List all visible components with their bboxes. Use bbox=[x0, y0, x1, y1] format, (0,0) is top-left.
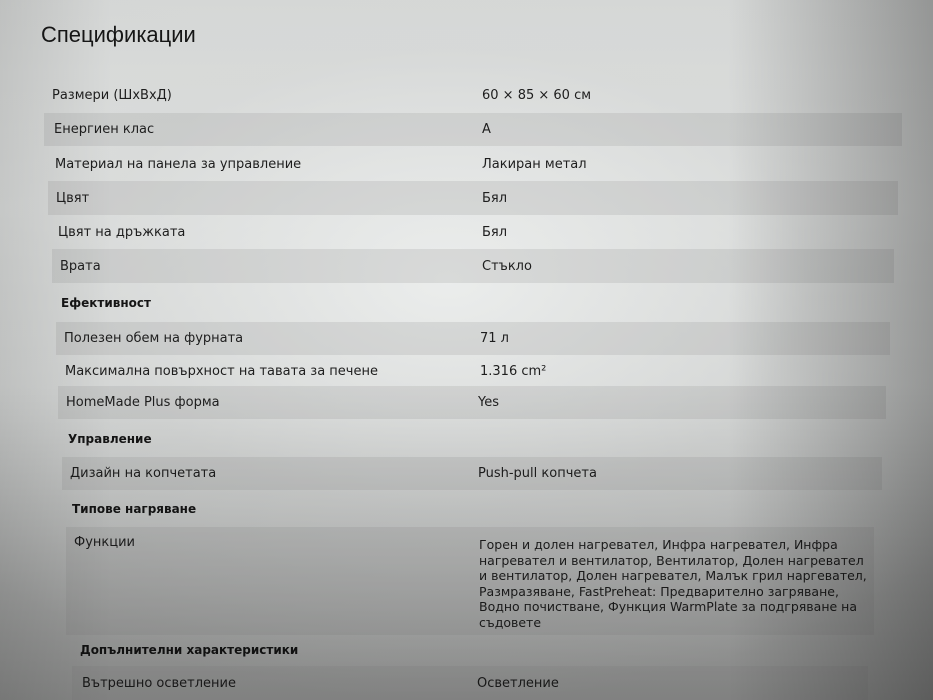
spec-row-energy-class: Енергиен клас A bbox=[44, 113, 902, 146]
spec-value: Бял bbox=[482, 225, 507, 240]
spec-label: Вътрешно осветление bbox=[82, 676, 236, 691]
section-heading-efficiency: Ефективност bbox=[61, 296, 151, 310]
spec-row-knob-design: Дизайн на копчетата Push-pull копчета bbox=[62, 457, 882, 490]
spec-label: HomeMade Plus форма bbox=[66, 395, 220, 410]
spec-row-homemade-plus: HomeMade Plus форма Yes bbox=[58, 386, 886, 419]
spec-value: 60 × 85 × 60 см bbox=[482, 88, 591, 103]
spec-value: Лакиран метал bbox=[482, 157, 587, 172]
page-title: Спецификации bbox=[41, 22, 196, 48]
spec-row-color: Цвят Бял bbox=[48, 181, 898, 215]
section-heading-control: Управление bbox=[68, 432, 152, 446]
spec-row-interior-lighting: Вътрешно осветление Осветление bbox=[72, 666, 868, 700]
spec-value: Осветление bbox=[477, 676, 559, 691]
spec-row-door: Врата Стъкло bbox=[52, 249, 894, 283]
spec-row-handle-color: Цвят на дръжката Бял bbox=[50, 216, 896, 249]
spec-row-panel-material: Материал на панела за управление Лакиран… bbox=[46, 148, 900, 180]
spec-label: Функции bbox=[74, 535, 135, 550]
spec-value: Yes bbox=[478, 395, 499, 410]
section-heading-heating-types: Типове нагряване bbox=[72, 502, 196, 516]
spec-row-oven-volume: Полезен обем на фурната 71 л bbox=[56, 322, 890, 355]
spec-value: Бял bbox=[482, 191, 507, 206]
spec-value: Push-pull копчета bbox=[478, 466, 597, 481]
spec-value: Горен и долен нагревател, Инфра нагреват… bbox=[479, 537, 874, 630]
spec-label: Дизайн на копчетата bbox=[70, 466, 216, 481]
spec-row-functions: Функции Горен и долен нагревател, Инфра … bbox=[66, 527, 874, 635]
spec-label: Размери (ШxВxД) bbox=[52, 88, 172, 103]
spec-label: Врата bbox=[60, 259, 101, 274]
spec-row-baking-tray-surface: Максимална повърхност на тавата за печен… bbox=[58, 355, 888, 387]
spec-label: Енергиен клас bbox=[54, 122, 154, 137]
spec-row-dimensions: Размери (ШxВxД) 60 × 85 × 60 см bbox=[44, 80, 902, 110]
spec-label: Цвят на дръжката bbox=[58, 225, 185, 240]
section-heading-additional-features: Допълнителни характеристики bbox=[80, 643, 298, 657]
spec-label: Цвят bbox=[56, 191, 89, 206]
spec-value: Стъкло bbox=[482, 259, 532, 274]
spec-label: Материал на панела за управление bbox=[55, 157, 301, 172]
spec-label: Максимална повърхност на тавата за печен… bbox=[65, 364, 378, 379]
spec-value: 71 л bbox=[480, 331, 509, 346]
spec-value: A bbox=[482, 122, 491, 137]
spec-value: 1.316 cm² bbox=[480, 364, 546, 379]
spec-label: Полезен обем на фурната bbox=[64, 331, 243, 346]
